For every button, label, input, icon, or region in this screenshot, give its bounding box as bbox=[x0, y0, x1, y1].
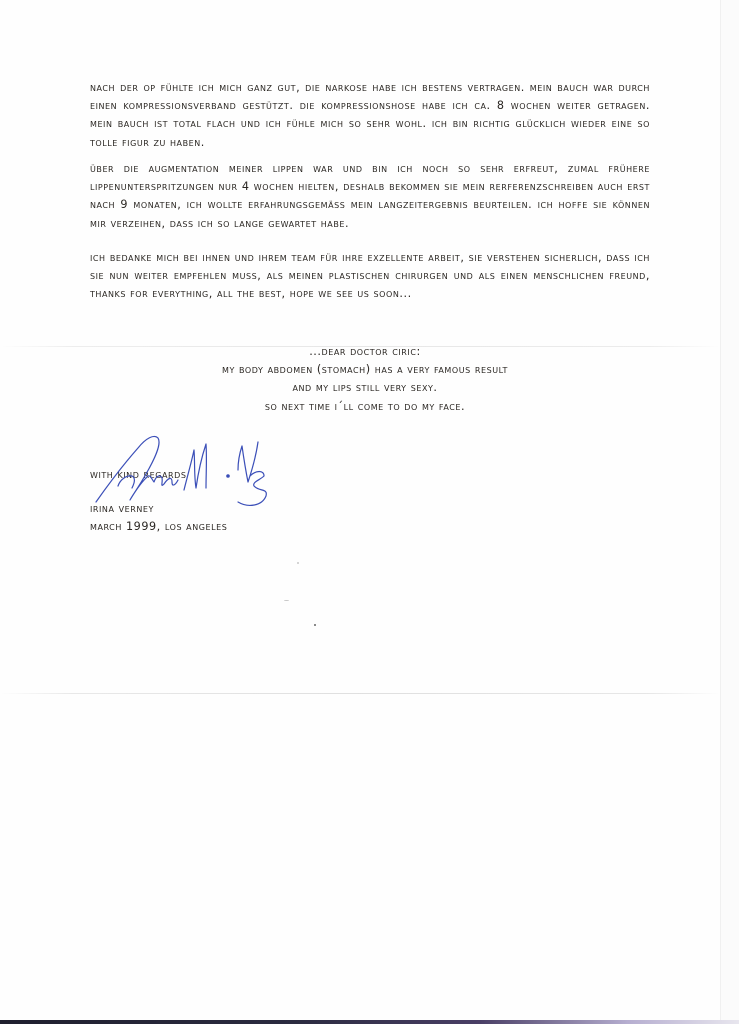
signer-name: Irina Verney bbox=[90, 500, 227, 518]
letter-page: Nach der OP fühlte ich mich ganz gut, di… bbox=[0, 0, 739, 1024]
verse-line: So next time I´ll come to do my Face. bbox=[150, 398, 580, 416]
verse-line: My body abdomen (stomach) has a very fam… bbox=[150, 361, 580, 379]
scan-bottom-edge bbox=[0, 1020, 739, 1024]
date-place: March 1999, Los Angeles bbox=[90, 518, 227, 536]
scan-speck bbox=[314, 624, 316, 626]
scan-speck bbox=[297, 562, 299, 564]
verse-line: ...dear Doctor Ciric: bbox=[150, 343, 580, 361]
paragraph-recovery: Nach der OP fühlte ich mich ganz gut, di… bbox=[90, 79, 650, 152]
paragraph-thanks: Ich bedanke mich bei Ihnen und Ihrem Tea… bbox=[90, 249, 650, 304]
fold-crease bbox=[0, 693, 720, 694]
scan-edge-strip bbox=[720, 0, 739, 1020]
verse-line: and my lips still very sexy. bbox=[150, 379, 580, 397]
closing-block: With kind regards Irina Verney March 199… bbox=[90, 466, 227, 536]
scan-speck bbox=[284, 600, 289, 601]
paragraph-lip-augmentation: Über die Augmentation meiner Lippen war … bbox=[90, 160, 650, 233]
verse-block: ...dear Doctor Ciric: My body abdomen (s… bbox=[150, 343, 580, 416]
salutation: With kind regards bbox=[90, 466, 227, 484]
